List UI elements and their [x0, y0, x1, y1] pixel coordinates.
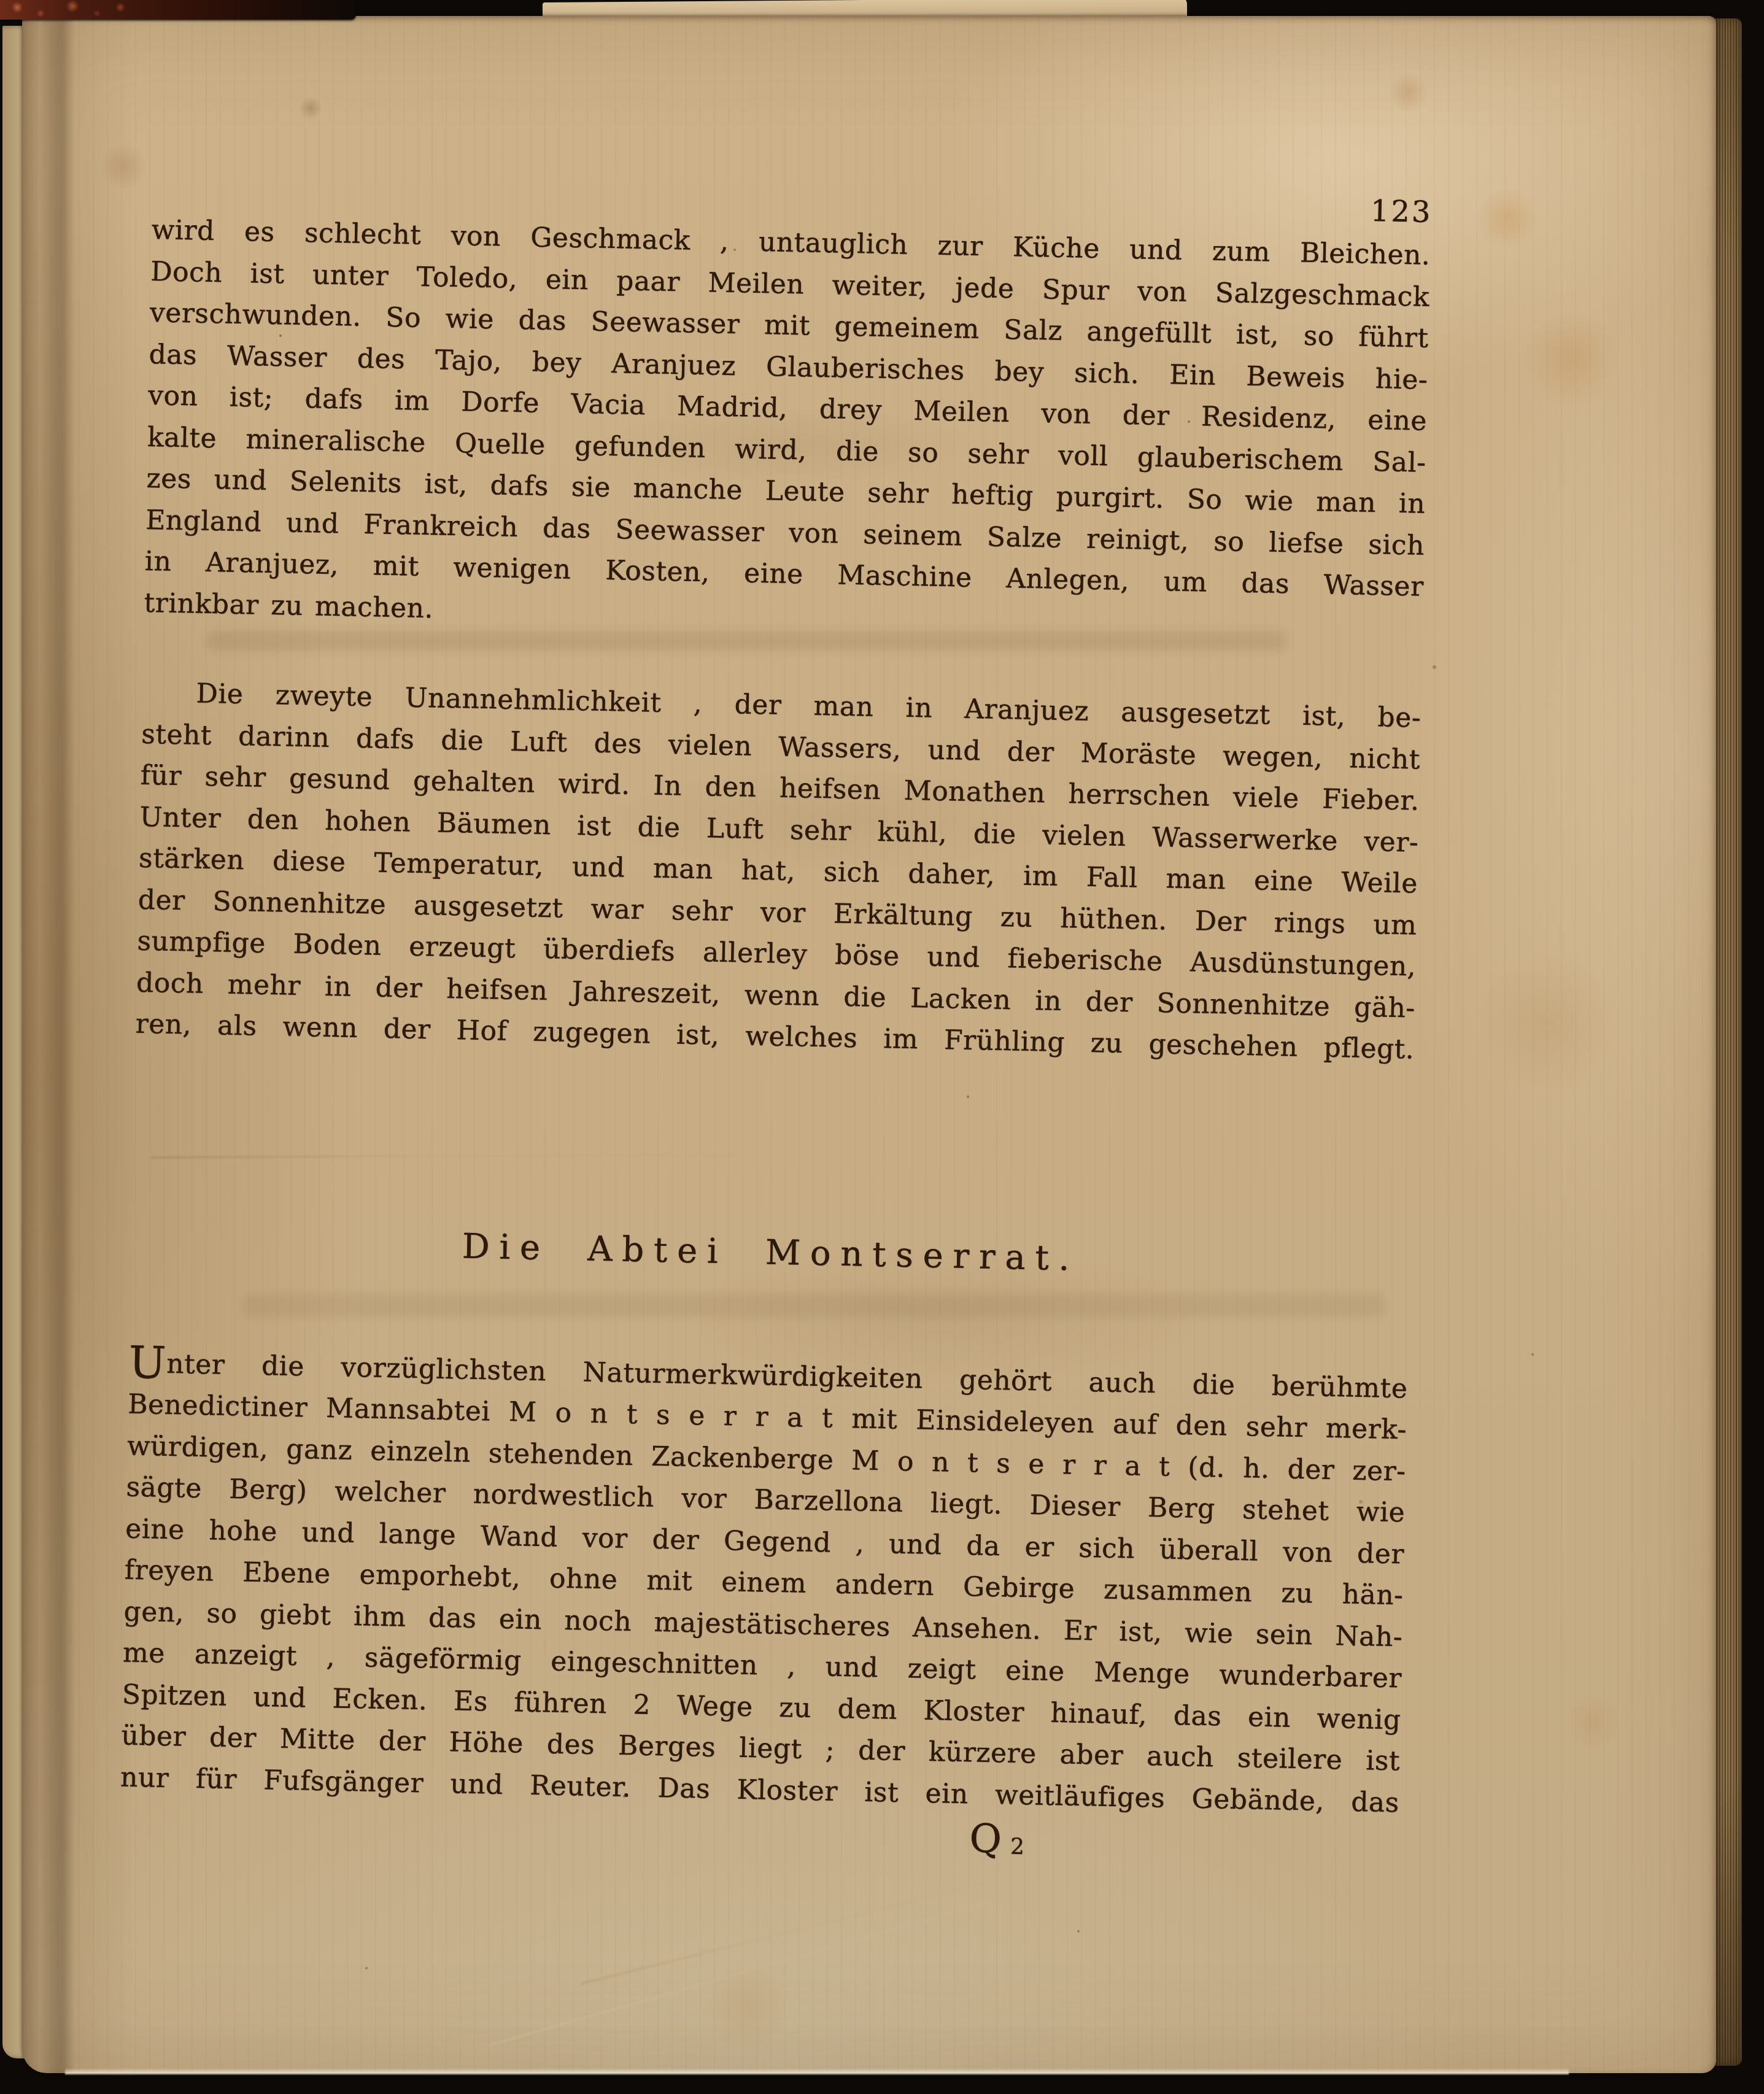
- signature-letter: Q: [969, 1816, 1002, 1862]
- drop-cap-initial: U: [128, 1336, 167, 1388]
- paragraph: wird es schlecht von Geschmack , untaugl…: [144, 209, 1431, 649]
- deckle-edge-highlight: [65, 2068, 1569, 2074]
- section-heading: Die Abtei Montserrat.: [131, 1218, 1410, 1287]
- signature-number: 2: [1002, 1834, 1025, 1860]
- page-edge-stack: [1715, 18, 1741, 2066]
- paragraph: Die zweyte Unannehmlichkeit , der man in…: [135, 672, 1422, 1070]
- paragraph: Unter die vorzüglichsten Naturmerkwürdig…: [120, 1342, 1407, 1823]
- page-number: 123: [1370, 196, 1433, 227]
- text-block: 123 wird es schlecht von Geschmack , unt…: [119, 190, 1431, 1876]
- book-scan: 123 wird es schlecht von Geschmack , unt…: [0, 0, 1764, 2094]
- leather-binding-corner: [0, 0, 356, 20]
